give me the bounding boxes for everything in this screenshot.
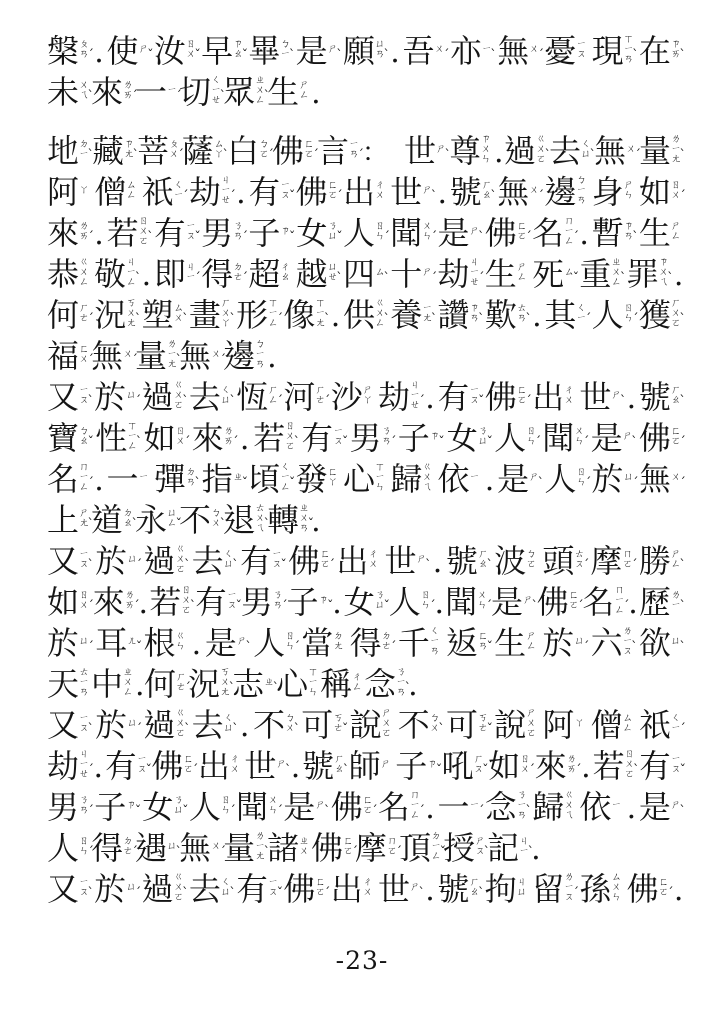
zhuyin-annotation: ㄍㄨㄛˋ — [174, 378, 184, 416]
tone-mark: ˊ — [535, 436, 542, 449]
zhuyin-annotation: ㄊㄡˊ — [574, 542, 584, 580]
zhuyin-annotation: ㄧㄡˇ — [280, 173, 290, 211]
zhuyin-stack: ㄕ — [381, 760, 391, 770]
char-with-zhuyin: 有ㄧㄡˇ — [105, 747, 147, 785]
tone-mark: ˊ — [583, 559, 590, 572]
tone-mark: ˊ — [383, 231, 390, 244]
char-with-zhuyin: 出ㄔㄨ — [343, 173, 385, 211]
tone-mark: ˋ — [264, 90, 271, 103]
tone-mark: ˊ — [135, 395, 142, 408]
tone-mark: ˋ — [383, 313, 390, 326]
hanzi: 有 — [301, 419, 333, 457]
char-with-zhuyin: 於ㄩˊ — [95, 542, 137, 580]
zhuyin-annotation: ㄕˋ — [623, 419, 633, 457]
tone-mark: ˋ — [136, 436, 143, 449]
tone-mark: ˊ — [538, 190, 545, 203]
zhuyin-annotation: ㄉㄢˋ — [186, 460, 196, 498]
hanzi: 子 — [395, 747, 427, 785]
char-with-zhuyin: 有ㄧㄡˇ — [154, 214, 196, 252]
char-with-zhuyin: 又ㄧㄡˋ — [47, 870, 89, 908]
hanzi: 去 — [189, 378, 221, 416]
tone-mark: ˋ — [383, 272, 390, 285]
zhuyin-annotation: ㄩˊ — [624, 460, 634, 498]
zhuyin-stack: ㄧㄡ — [576, 40, 586, 60]
zhuyin-stack: ㄧ — [139, 473, 149, 483]
char-with-zhuyin: 況ㄎㄨㄤˋ — [94, 296, 136, 334]
char-with-zhuyin: 無ㄨˊ — [179, 337, 221, 375]
char-with-zhuyin: 道ㄉㄠˋ — [91, 501, 133, 539]
zhuyin-annotation: ㄧㄡˋ — [79, 706, 89, 744]
tone-mark: ˊ — [88, 805, 95, 818]
hanzi: 有 — [236, 870, 268, 908]
tone-mark: ˋ — [589, 149, 596, 162]
zhuyin-stack: ㄕㄥ — [517, 263, 527, 283]
hanzi: 歎 — [485, 296, 517, 334]
spacer — [381, 169, 403, 170]
zhuyin-annotation: ㄗˇ — [427, 747, 437, 785]
char-with-zhuyin: 退ㄊㄨㄟˋ — [223, 501, 265, 539]
hanzi: 是 — [296, 32, 328, 70]
tone-mark: ˊ — [585, 477, 592, 490]
char-with-zhuyin: 況ㄎㄨㄤˋ — [188, 665, 230, 703]
text-line: 何ㄏㄜˊ況ㄎㄨㄤˋ塑ㄙㄨˋ畫ㄏㄨㄚˋ形ㄒㄧㄥˊ像ㄒㄧㄤˋ.供ㄍㄨㄥˋ養ㄧㄤˋ讚ㄗ… — [47, 296, 683, 334]
zhuyin-annotation: ㄍㄨㄟ — [564, 788, 574, 826]
tone-mark: ˊ — [418, 395, 425, 408]
char-with-zhuyin: 號ㄏㄠˋ — [302, 747, 344, 785]
hanzi: 稱 — [320, 665, 352, 703]
tone-mark: ˋ — [232, 559, 239, 572]
zhuyin-annotation: ㄖㄣˊ — [576, 460, 586, 498]
tone-mark: ˊ — [679, 190, 686, 203]
char-with-zhuyin: 歷ㄌㄧˋ — [639, 583, 681, 621]
tone-mark: ˋ — [336, 49, 343, 62]
zhuyin-annotation: ㄙˇ — [564, 255, 574, 293]
zhuyin-stack: ㄧ — [470, 473, 480, 483]
hanzi: 供 — [343, 296, 375, 334]
char-with-zhuyin: 返ㄈㄢˇ — [446, 624, 488, 662]
tone-mark: ˋ — [133, 149, 140, 162]
period-punctuation: . — [94, 218, 103, 252]
tone-mark: ˋ — [531, 600, 538, 613]
hanzi: 遇 — [135, 829, 167, 867]
tone-mark: ˋ — [525, 805, 532, 818]
char-with-zhuyin: 若ㄖㄨㄛˋ — [593, 747, 635, 785]
hanzi: 歷 — [639, 583, 671, 621]
period-punctuation: . — [139, 587, 148, 621]
text-line: 阿ㄚ僧ㄙㄥ祇ㄑㄧˊ劫ㄐㄧㄝˊ.有ㄧㄡˇ佛ㄈㄛˊ出ㄔㄨ世ㄕˋ.號ㄏㄠˋ無ㄨˊ邊ㄅㄧ… — [47, 173, 683, 211]
tone-mark: ˋ — [633, 764, 640, 777]
zhuyin-stack: ㄅㄧㄢ — [255, 340, 265, 370]
period-punctuation: . — [94, 464, 103, 498]
hanzi: 道 — [91, 501, 123, 539]
hanzi: 越 — [296, 255, 328, 293]
zhuyin-annotation: ㄎㄨㄤˋ — [126, 296, 136, 334]
hanzi: 不 — [253, 706, 285, 744]
hanzi: 若 — [149, 583, 181, 621]
hanzi: 邊 — [544, 173, 576, 211]
zhuyin-annotation: ㄋㄢˊ — [382, 419, 392, 457]
hanzi: 於 — [95, 542, 127, 580]
zhuyin-annotation: ㄌㄧㄤˋ — [671, 132, 681, 170]
zhuyin-annotation: ㄧㄡˇ — [186, 214, 196, 252]
tone-mark: ˋ — [220, 518, 227, 531]
tone-mark: ˊ — [176, 90, 183, 103]
tone-mark: ˋ — [88, 559, 95, 572]
tone-mark: ˇ — [438, 436, 445, 449]
char-with-zhuyin: 女ㄋㄩˇ — [296, 214, 338, 252]
zhuyin-annotation: ㄌㄧㄡˊ — [564, 870, 574, 908]
char-with-zhuyin: 佛ㄈㄛˊ — [537, 583, 579, 621]
zhuyin-annotation: ㄨˊ — [211, 337, 221, 375]
zhuyin-annotation: ㄖㄨㄛˋ — [625, 747, 635, 785]
char-with-zhuyin: 佛ㄈㄛˊ — [331, 788, 373, 826]
zhuyin-annotation: ㄅㄧㄢ — [255, 337, 265, 375]
zhuyin-annotation: ㄨㄣˊ — [422, 214, 432, 252]
char-with-zhuyin: 於ㄩˊ — [95, 706, 137, 744]
char-with-zhuyin: 歸ㄍㄨㄟ — [390, 460, 432, 498]
tone-mark: ˋ — [229, 887, 236, 900]
char-with-zhuyin: 邊ㄅㄧㄢ — [223, 337, 265, 375]
char-with-zhuyin: 何ㄏㄜˊ — [144, 665, 186, 703]
zhuyin-annotation: ㄇㄧㄥˊ — [410, 788, 420, 826]
zhuyin-annotation: ㄊㄨㄟˋ — [255, 501, 265, 539]
hanzi: 吾 — [403, 32, 435, 70]
char-with-zhuyin: 子ㄗˇ — [286, 583, 328, 621]
hanzi: 無 — [91, 337, 123, 375]
char-with-zhuyin: 拘ㄐㄩ — [485, 870, 527, 908]
period-punctuation: . — [494, 136, 503, 170]
char-with-zhuyin: 有ㄧㄡˇ — [639, 747, 681, 785]
tone-mark: ˊ — [396, 846, 403, 859]
hanzi: 佛 — [627, 870, 659, 908]
zhuyin-annotation: ㄏㄠˋ — [671, 378, 681, 416]
hanzi: 號 — [446, 542, 478, 580]
hanzi: 寶 — [47, 419, 79, 457]
hanzi: 如 — [143, 419, 175, 457]
zhuyin-annotation: ㄋㄩˇ — [478, 419, 488, 457]
zhuyin-annotation: ㄅㄛˊ — [259, 132, 269, 170]
hanzi: 阿 — [47, 173, 79, 211]
hanzi: 上 — [47, 501, 79, 539]
tone-mark: ˊ — [585, 313, 592, 326]
hanzi: 男 — [47, 788, 79, 826]
zhuyin-annotation: ㄋㄩˇ — [174, 788, 184, 826]
tone-mark: ˇ — [440, 846, 447, 859]
char-with-zhuyin: 人ㄖㄣˊ — [47, 829, 89, 867]
char-with-zhuyin: 供ㄍㄨㄥˋ — [343, 296, 385, 334]
hanzi: 亦 — [450, 32, 482, 70]
hanzi: 人 — [189, 788, 221, 826]
zhuyin-annotation: ㄕㄚ — [363, 378, 373, 416]
hanzi: 不 — [179, 501, 211, 539]
zhuyin-annotation: ㄧㄡˋ — [79, 870, 89, 908]
zhuyin-annotation: ㄩㄝˋ — [328, 255, 338, 293]
period-punctuation: . — [311, 77, 320, 111]
hanzi: 恭 — [47, 255, 79, 293]
char-with-zhuyin: 根ㄍㄣ — [143, 624, 185, 662]
tone-mark: ˊ — [329, 559, 336, 572]
hanzi: 尊 — [449, 132, 481, 170]
tone-mark: ˊ — [242, 272, 249, 285]
tone-mark: ˋ — [294, 436, 301, 449]
zhuyin-annotation: ㄨˊ — [529, 173, 539, 211]
zhuyin-stack: ㄕㄣ — [624, 181, 634, 201]
char-with-zhuyin: 來ㄌㄞˊ — [91, 73, 133, 111]
tone-mark: ˋ — [679, 149, 686, 162]
hanzi: 念 — [485, 788, 517, 826]
char-with-zhuyin: 男ㄋㄢˊ — [47, 788, 89, 826]
hanzi: 男 — [350, 419, 382, 457]
zhuyin-annotation: ㄋㄩˇ — [328, 214, 338, 252]
period-punctuation: . — [94, 36, 103, 70]
tone-mark: ˊ — [352, 846, 359, 859]
hanzi: 聞 — [236, 788, 268, 826]
char-with-zhuyin: 尊ㄗㄨㄣ — [449, 132, 491, 170]
char-with-zhuyin: 是ㄕˋ — [296, 32, 338, 70]
hanzi: 去 — [192, 542, 224, 580]
zhuyin-annotation: ㄅㄨˋ — [430, 706, 440, 744]
char-with-zhuyin: 念ㄋㄧㄢˋ — [485, 788, 527, 826]
char-with-zhuyin: 去ㄑㄩˋ — [192, 706, 234, 744]
tone-mark: ˊ — [135, 887, 142, 900]
tone-mark: ˊ — [268, 149, 275, 162]
hanzi: 名 — [532, 214, 564, 252]
tone-mark: ˋ — [88, 887, 95, 900]
char-with-zhuyin: 世ㄕˋ — [404, 132, 446, 170]
text-line: 恭ㄍㄨㄥ敬ㄐㄧㄥˋ.即ㄐㄧˊ得ㄉㄜˊ超ㄔㄠ越ㄩㄝˋ四ㄙˋ十ㄕˊ劫ㄐㄧㄝˊ生ㄕㄥ死… — [47, 255, 683, 293]
char-with-zhuyin: 心ㄒㄧㄣ — [276, 665, 318, 703]
char-with-zhuyin: 量ㄌㄧㄤˋ — [135, 337, 177, 375]
zhuyin-annotation: ㄕㄤˋ — [79, 501, 89, 539]
period-punctuation: . — [628, 587, 637, 621]
zhuyin-annotation: ㄩˊ — [574, 624, 584, 662]
hanzi: 波 — [494, 542, 526, 580]
zhuyin-annotation: ㄈㄛˊ — [517, 214, 527, 252]
hanzi: 一 — [107, 460, 139, 498]
char-with-zhuyin: 憂ㄧㄡ — [544, 32, 586, 70]
tone-mark: ˊ — [277, 313, 284, 326]
tone-mark: ˇ — [145, 764, 152, 777]
char-with-zhuyin: 有ㄧㄡˇ — [195, 583, 237, 621]
hanzi: 歸 — [390, 460, 422, 498]
tone-mark: ˋ — [478, 887, 485, 900]
zhuyin-annotation: ㄍㄨㄛˋ — [536, 132, 546, 170]
char-with-zhuyin: 又ㄧㄡˋ — [47, 542, 89, 580]
tone-mark: ˋ — [679, 641, 686, 654]
hanzi: 養 — [390, 296, 422, 334]
char-with-zhuyin: 過ㄍㄨㄛˋ — [142, 378, 184, 416]
char-with-zhuyin: 世ㄕˋ — [579, 378, 621, 416]
tone-mark: ˋ — [679, 805, 686, 818]
char-with-zhuyin: 得ㄉㄜˊ — [350, 624, 392, 662]
char-with-zhuyin: 如ㄖㄨˊ — [639, 173, 681, 211]
zhuyin-annotation: ㄍㄨㄥ — [79, 255, 89, 293]
period-punctuation: . — [240, 423, 249, 457]
tone-mark: ˋ — [294, 723, 301, 736]
tone-mark: ˋ — [88, 90, 95, 103]
hanzi: 菩 — [137, 132, 169, 170]
hanzi: 無 — [497, 32, 529, 70]
char-with-zhuyin: 女ㄋㄩˇ — [343, 583, 385, 621]
zhuyin-annotation: ㄨˊ — [435, 32, 445, 70]
zhuyin-annotation: ㄕˋ — [422, 173, 432, 211]
period-punctuation: . — [434, 587, 443, 621]
char-with-zhuyin: 如ㄖㄨˊ — [488, 747, 530, 785]
tone-mark: ˋ — [431, 313, 438, 326]
char-with-zhuyin: 阿ㄚ — [542, 706, 584, 744]
char-with-zhuyin: 來ㄌㄞˊ — [535, 747, 577, 785]
tone-mark: ˇ — [680, 764, 687, 777]
hanzi: 於 — [94, 870, 126, 908]
hanzi: 佛 — [537, 583, 569, 621]
zhuyin-annotation: ㄗㄠˇ — [233, 32, 243, 70]
zhuyin-annotation: ㄗˇ — [319, 583, 329, 621]
char-with-zhuyin: 遇ㄩˋ — [135, 829, 177, 867]
hanzi: 過 — [142, 870, 174, 908]
zhuyin-annotation: ㄓˋ — [264, 665, 274, 703]
zhuyin-annotation: ㄨㄣˊ — [477, 583, 487, 621]
tone-mark: ˋ — [632, 231, 639, 244]
char-with-zhuyin: 有ㄧㄡˇ — [438, 378, 480, 416]
char-with-zhuyin: 可ㄎㄜˇ — [301, 706, 343, 744]
zhuyin-annotation: ㄧˊ — [470, 788, 480, 826]
zhuyin-stack: ㄧ — [611, 801, 621, 811]
zhuyin-annotation: ㄧㄡˇ — [333, 419, 343, 457]
hanzi: 量 — [639, 132, 671, 170]
period-punctuation: . — [674, 259, 683, 293]
hanzi: 現 — [592, 32, 624, 70]
tone-mark: ˊ — [88, 600, 95, 613]
zhuyin-annotation: ㄕㄥ — [299, 73, 309, 111]
tone-mark: ˋ — [444, 149, 451, 162]
char-with-zhuyin: 中ㄓㄨㄥ — [91, 665, 133, 703]
zhuyin-annotation: ㄕˋ — [276, 747, 286, 785]
zhuyin-stack: ㄕㄚ — [363, 386, 373, 406]
zhuyin-annotation: ㄕㄨㄛ — [382, 706, 392, 744]
tone-mark: ˋ — [620, 272, 627, 285]
char-with-zhuyin: 師ㄕ — [349, 747, 391, 785]
hanzi: 世 — [385, 542, 417, 580]
zhuyin-annotation: ㄅㄧˋ — [280, 32, 290, 70]
zhuyin-annotation: ㄙㄚˋ — [214, 132, 224, 170]
tone-mark: ˋ — [418, 887, 425, 900]
tone-mark: ˇ — [135, 805, 142, 818]
char-with-zhuyin: 願ㄩㄢˋ — [343, 32, 385, 70]
zhuyin-annotation: ㄋㄧㄢˋ — [396, 665, 406, 703]
zhuyin-annotation: ㄧㄤˋ — [422, 296, 432, 334]
tone-mark: ˊ — [632, 477, 639, 490]
zhuyin-annotation: ㄑㄧㄥˇ — [280, 460, 290, 498]
zhuyin-annotation: ㄩㄢˋ — [375, 32, 385, 70]
hanzi: 依 — [438, 460, 470, 498]
zhuyin-annotation: ㄔㄥ — [352, 665, 362, 703]
hanzi: 可 — [446, 706, 478, 744]
hanzi: 男 — [241, 583, 273, 621]
period-punctuation: . — [532, 300, 541, 334]
hanzi: 人 — [47, 829, 79, 867]
hanzi: 是 — [491, 583, 523, 621]
hanzi: 出 — [198, 747, 230, 785]
hanzi: 一 — [438, 788, 470, 826]
tone-mark: ˊ — [623, 600, 630, 613]
tone-mark: ˇ — [176, 518, 183, 531]
hanzi: 又 — [47, 706, 79, 744]
zhuyin-annotation: ㄧㄡˇ — [137, 747, 147, 785]
tone-mark: ˇ — [478, 395, 485, 408]
text-line: 天ㄊㄧㄢ中ㄓㄨㄥ.何ㄏㄜˊ況ㄎㄨㄤˋ志ㄓˋ心ㄒㄧㄣ稱ㄔㄥ念ㄋㄧㄢˋ. — [47, 665, 683, 703]
char-with-zhuyin: 孫ㄙㄨㄣ — [579, 870, 621, 908]
period-punctuation: . — [192, 628, 201, 662]
hanzi: 佛 — [485, 378, 517, 416]
tone-mark: ˊ — [358, 149, 365, 162]
char-with-zhuyin: 性ㄒㄧㄥˋ — [95, 419, 137, 457]
tone-mark: ˇ — [436, 764, 443, 777]
char-with-zhuyin: 聞ㄨㄣˊ — [236, 788, 278, 826]
tone-mark: ˋ — [176, 354, 183, 367]
page-number: -23- — [0, 946, 724, 975]
char-with-zhuyin: 於ㄩˊ — [94, 378, 136, 416]
zhuyin-annotation: ㄑㄧˊ — [576, 296, 586, 334]
char-with-zhuyin: 邊ㄅㄧㄢ — [544, 173, 586, 211]
tone-mark: ˋ — [679, 600, 686, 613]
hanzi: 何 — [144, 665, 176, 703]
zhuyin-annotation: ㄖㄨˇ — [186, 32, 196, 70]
zhuyin-annotation: ㄗˇ — [126, 788, 136, 826]
zhuyin-annotation: ㄚ — [574, 706, 584, 744]
char-with-zhuyin: 是ㄕˋ — [497, 460, 539, 498]
zhuyin-annotation: ㄐㄧˊ — [186, 255, 196, 293]
char-with-zhuyin: 世ㄕˋ — [385, 542, 427, 580]
hanzi: 得 — [91, 829, 123, 867]
char-with-zhuyin: 寶ㄅㄠˇ — [47, 419, 89, 457]
zhuyin-annotation: ㄊㄢˋ — [517, 296, 527, 334]
hanzi: 子 — [398, 419, 430, 457]
char-with-zhuyin: 汝ㄖㄨˇ — [154, 32, 196, 70]
zhuyin-annotation: ㄙㄥ — [126, 173, 136, 211]
zhuyin-annotation: ㄈㄛˊ — [183, 747, 193, 785]
tone-mark: ˊ — [88, 641, 95, 654]
char-with-zhuyin: 有ㄧㄡˇ — [236, 870, 278, 908]
char-with-zhuyin: 波ㄅㄛ — [494, 542, 536, 580]
hanzi: 女 — [343, 583, 375, 621]
hanzi: 祇 — [142, 173, 174, 211]
zhuyin-annotation: ㄈㄛˊ — [659, 870, 669, 908]
text-line: 又ㄧㄡˋ於ㄩˊ過ㄍㄨㄛˋ去ㄑㄩˋ恆ㄏㄥˊ河ㄏㄜˊ沙ㄕㄚ劫ㄐㄧㄝˊ.有ㄧㄡˇ佛ㄈㄛ… — [47, 378, 683, 416]
hanzi: 號 — [639, 378, 671, 416]
zhuyin-annotation: ㄕˋ — [523, 583, 533, 621]
zhuyin-annotation: ㄌㄞˊ — [123, 73, 133, 111]
char-with-zhuyin: 號ㄏㄠˋ — [446, 542, 488, 580]
char-with-zhuyin: 畫ㄏㄨㄚˋ — [189, 296, 231, 334]
char-with-zhuyin: 人ㄖㄣˊ — [189, 788, 231, 826]
hanzi: 有 — [240, 542, 272, 580]
char-with-zhuyin: 福ㄈㄨˊ — [47, 337, 89, 375]
zhuyin-annotation: ㄌㄞˊ — [79, 214, 89, 252]
text-line: 地ㄉㄧˋ藏ㄗㄤˋ菩ㄆㄨˊ薩ㄙㄚˋ白ㄅㄛˊ佛ㄈㄛˊ言ㄧㄢˊ：世ㄕˋ尊ㄗㄨㄣ.過ㄍㄨ… — [47, 132, 683, 170]
hanzi: 恆 — [236, 378, 268, 416]
hanzi: 無 — [179, 829, 211, 867]
tone-mark: ˇ — [194, 231, 201, 244]
tone-mark: ˊ — [371, 805, 378, 818]
zhuyin-stack: ㄍㄣ — [175, 632, 185, 652]
char-with-zhuyin: 號ㄏㄠˋ — [438, 870, 480, 908]
tone-mark: ˊ — [529, 764, 536, 777]
char-with-zhuyin: 出ㄔㄨ — [198, 747, 240, 785]
zhuyin-stack: ㄕㄥ — [671, 222, 681, 242]
char-with-zhuyin: 於ㄩˊ — [592, 460, 634, 498]
zhuyin-annotation: ㄖㄣˊ — [526, 419, 536, 457]
tone-mark: ˊ — [632, 313, 639, 326]
